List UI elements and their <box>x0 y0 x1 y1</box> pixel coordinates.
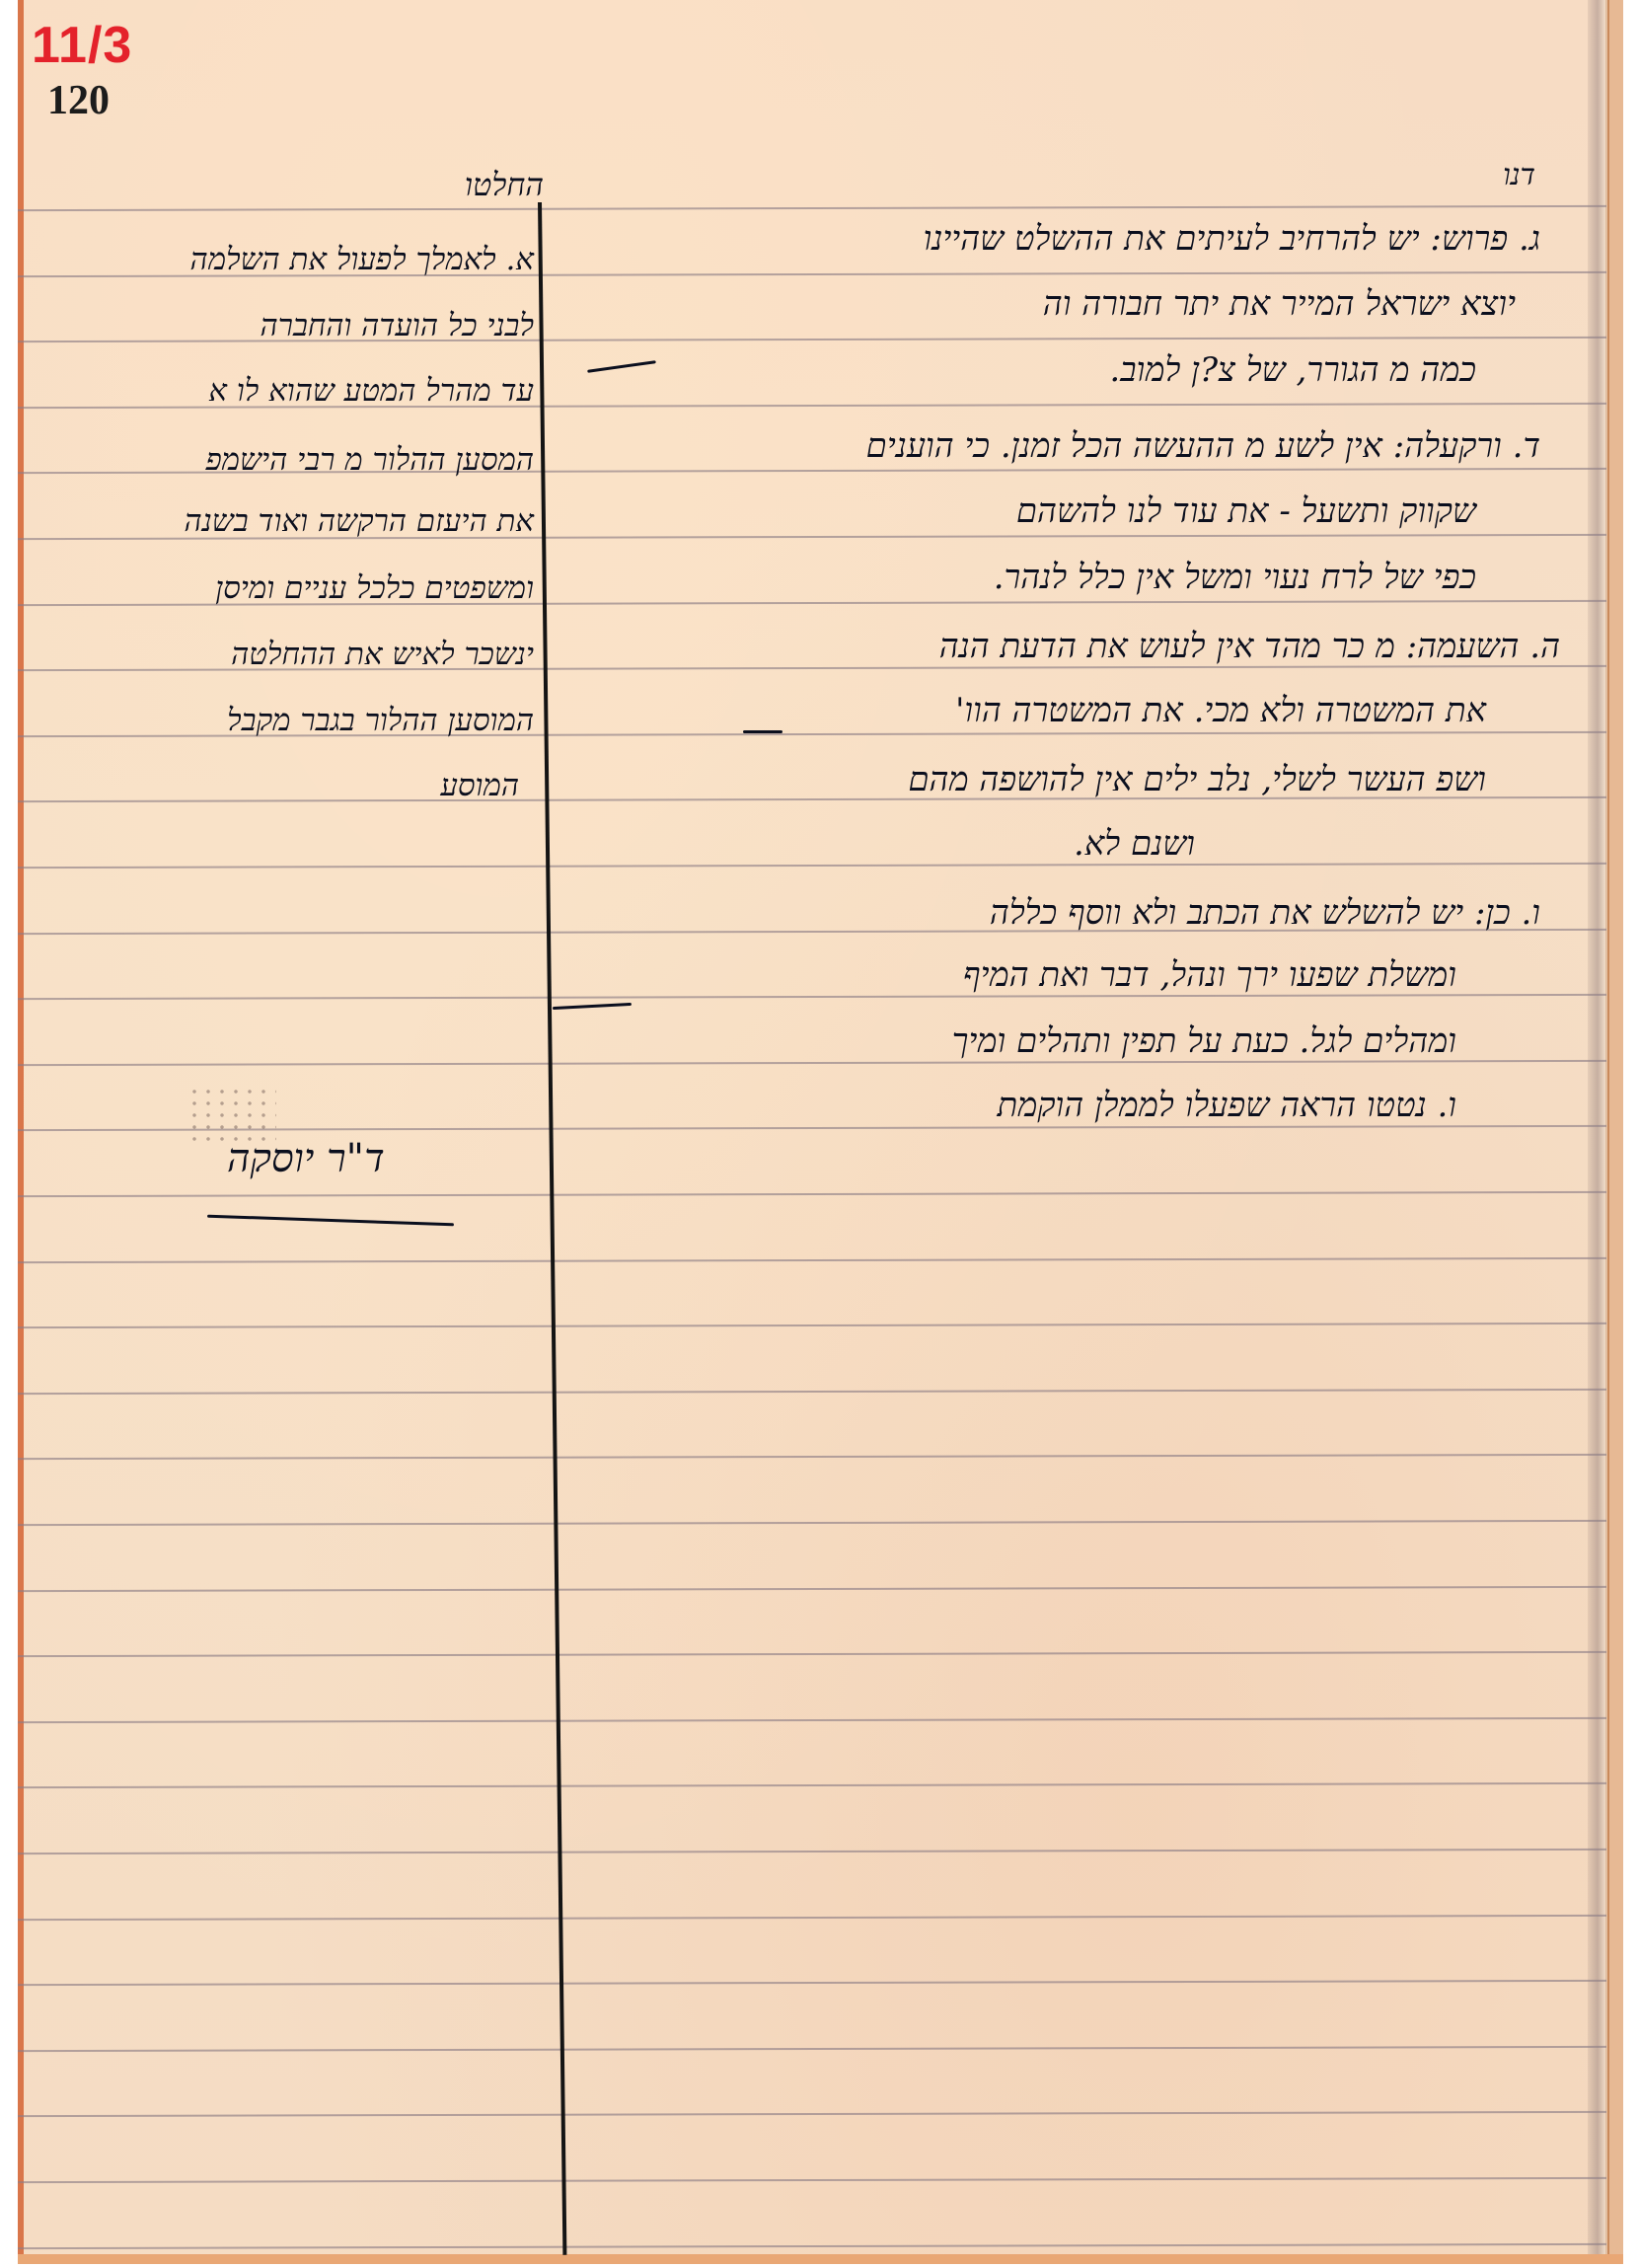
right-line: ושפ העשר לשלי, נלב ילים אין להושפה מהם <box>908 760 1486 799</box>
right-line: יוצא ישראל המייר את יתר חבורה וה <box>1043 284 1516 324</box>
red-reference-stamp: 11/3 <box>32 16 132 75</box>
left-line: ינשכר לאיש את ההחלטה <box>231 637 534 672</box>
right-line: שקווק ותשעל - את עוד לנו להשהם <box>1016 491 1476 531</box>
right-line: ו. נטטו הראה שפעלו לממלן הוקמת <box>997 1086 1456 1125</box>
right-line: ומהלים לגל. כעת על תפין ותהלים ומיך <box>952 1021 1456 1061</box>
underline-mark <box>743 730 782 733</box>
signature: ד"ר יוסקה <box>227 1135 385 1181</box>
right-line: ה. השעמה: מ כר מהד אין לעוש את הדעת הנה <box>939 627 1560 666</box>
right-line: ג. פרוש: יש להרחיב לעיתים את ההשלט שהיינ… <box>924 219 1540 259</box>
page-number-stamp: 120 <box>47 77 110 124</box>
right-line: כפי של לרח נעוי ומשל אין כלל לנהר. <box>994 558 1476 597</box>
right-line: ושנם לא. <box>1074 824 1195 864</box>
right-column-header: דנו <box>1503 158 1535 192</box>
left-line: לבני כל הועדה והחברה <box>261 308 534 343</box>
right-line: ומשלת שפעו ירך ונהל, דבר ואת המיף <box>963 955 1456 995</box>
left-line: המוסע <box>440 768 519 803</box>
left-line: המוסען ההלור בגבר מקבל <box>227 703 534 738</box>
right-line: כמה מ הגורר, של צ?ן למוב. <box>1109 350 1476 390</box>
left-line: את היעזם הרקשה ואוד בשנה <box>185 503 534 539</box>
right-line: את המשטרה ולא מכי. את המשטרה הוו' <box>955 691 1486 730</box>
left-line: עד מהרל המטע שהוא לו א <box>208 373 534 409</box>
left-line: א. לאמלך לפעול את השלמה <box>190 242 534 277</box>
left-column-header: החלטו <box>465 166 544 203</box>
right-line: ו. כן: יש להשלש את הכתב ולא ווסף כללה <box>990 893 1540 933</box>
right-line: ד. ורקעלה: אין לשע מ ההעשה הכל זמנן. כי … <box>866 426 1540 466</box>
left-line: ומשפטים כלכל עניים ומיסן <box>215 570 534 606</box>
left-line: המסען ההלור מ רבי הישמפ <box>205 442 534 478</box>
